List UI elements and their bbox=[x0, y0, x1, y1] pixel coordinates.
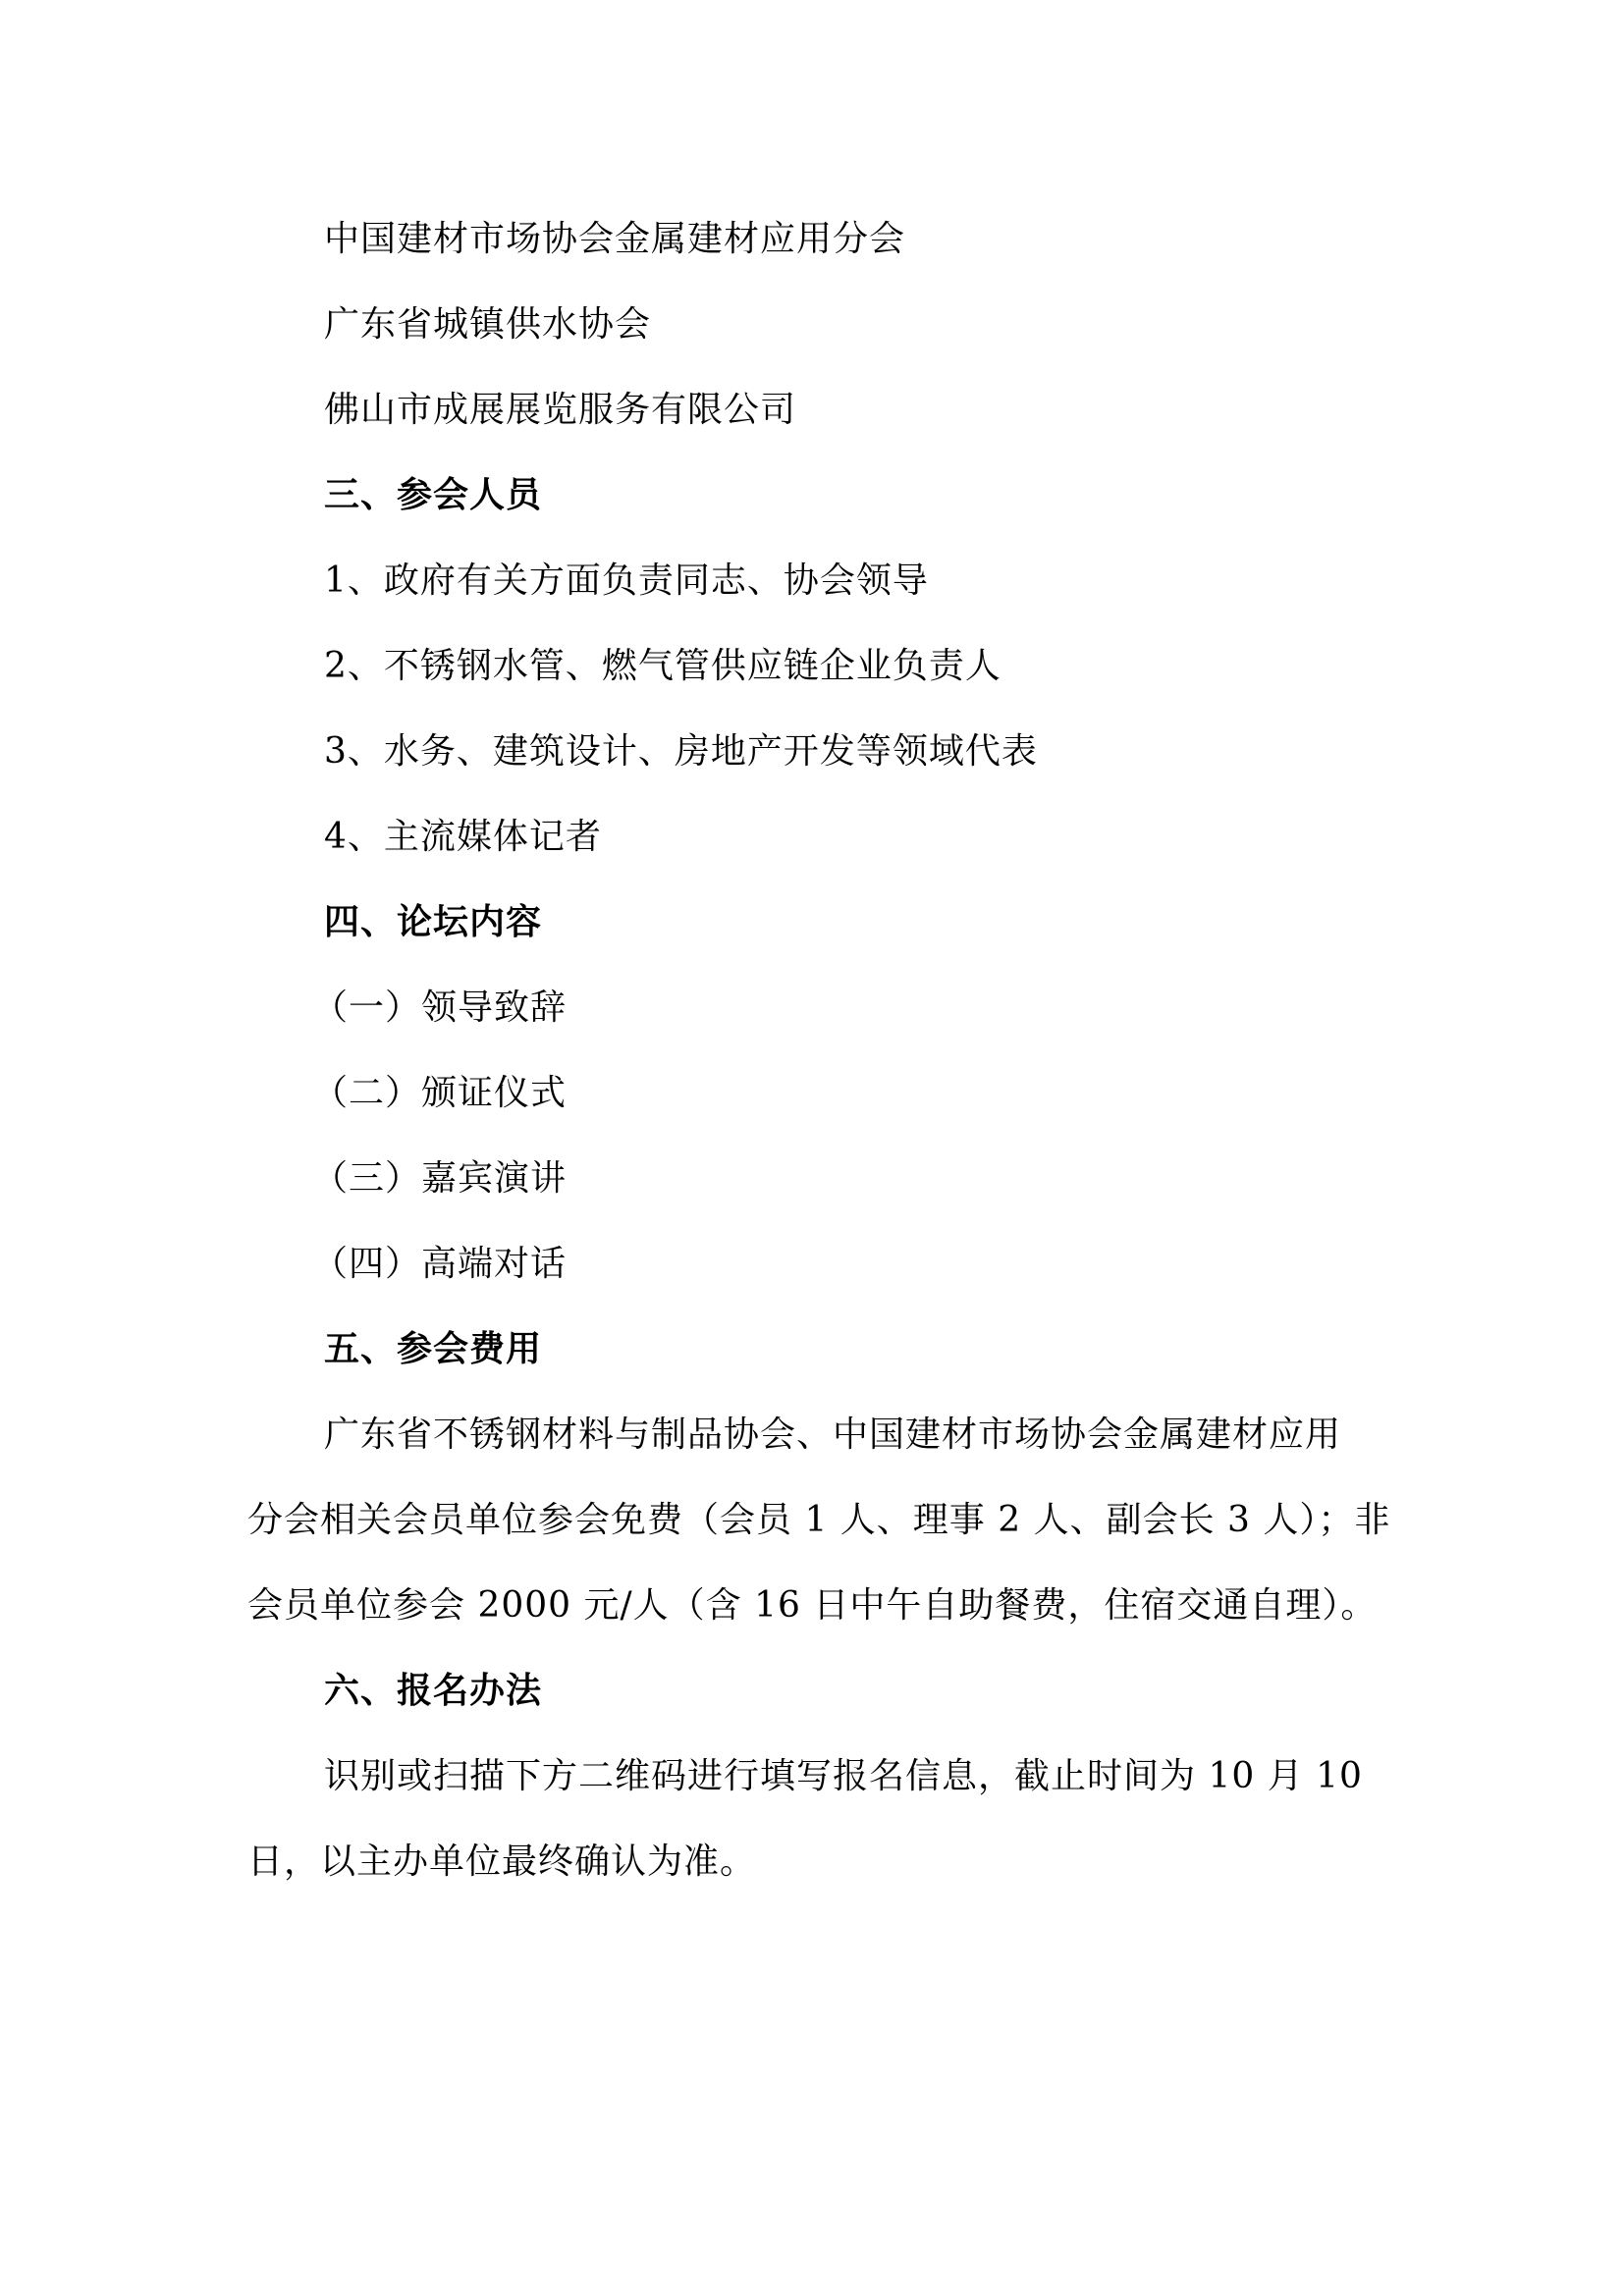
attendee-item: 4、主流媒体记者 bbox=[247, 794, 1396, 880]
fee-paragraph-line: 广东省不锈钢材料与制品协会、中国建材市场协会金属建材应用 bbox=[247, 1392, 1396, 1477]
registration-paragraph-line: 识别或扫描下方二维码进行填写报名信息，截止时间为 10 月 10 bbox=[247, 1734, 1396, 1819]
fee-paragraph-line: 会员单位参会 2000 元/人（含 16 日中午自助餐费，住宿交通自理）。 bbox=[247, 1563, 1396, 1648]
attendee-item: 3、水务、建筑设计、房地产开发等领域代表 bbox=[247, 709, 1396, 794]
section-heading-fees: 五、参会费用 bbox=[247, 1307, 1396, 1392]
section-heading-forum-content: 四、论坛内容 bbox=[247, 880, 1396, 965]
organizer-line: 佛山市成展展览服务有限公司 bbox=[247, 367, 1396, 453]
section-heading-registration: 六、报名办法 bbox=[247, 1648, 1396, 1734]
attendee-item: 1、政府有关方面负责同志、协会领导 bbox=[247, 538, 1396, 623]
forum-item: （二）颁证仪式 bbox=[247, 1050, 1396, 1136]
attendee-item: 2、不锈钢水管、燃气管供应链企业负责人 bbox=[247, 623, 1396, 709]
forum-item: （一）领导致辞 bbox=[247, 965, 1396, 1050]
fee-paragraph-line: 分会相关会员单位参会免费（会员 1 人、理事 2 人、副会长 3 人）；非 bbox=[247, 1477, 1396, 1563]
organizer-line: 广东省城镇供水协会 bbox=[247, 282, 1396, 367]
section-heading-attendees: 三、参会人员 bbox=[247, 453, 1396, 538]
organizer-line: 中国建材市场协会金属建材应用分会 bbox=[247, 196, 1396, 282]
forum-item: （四）高端对话 bbox=[247, 1221, 1396, 1307]
registration-paragraph-line: 日，以主办单位最终确认为准。 bbox=[247, 1819, 1396, 1904]
document-page: 中国建材市场协会金属建材应用分会 广东省城镇供水协会 佛山市成展展览服务有限公司… bbox=[247, 196, 1396, 1904]
forum-item: （三）嘉宾演讲 bbox=[247, 1136, 1396, 1221]
